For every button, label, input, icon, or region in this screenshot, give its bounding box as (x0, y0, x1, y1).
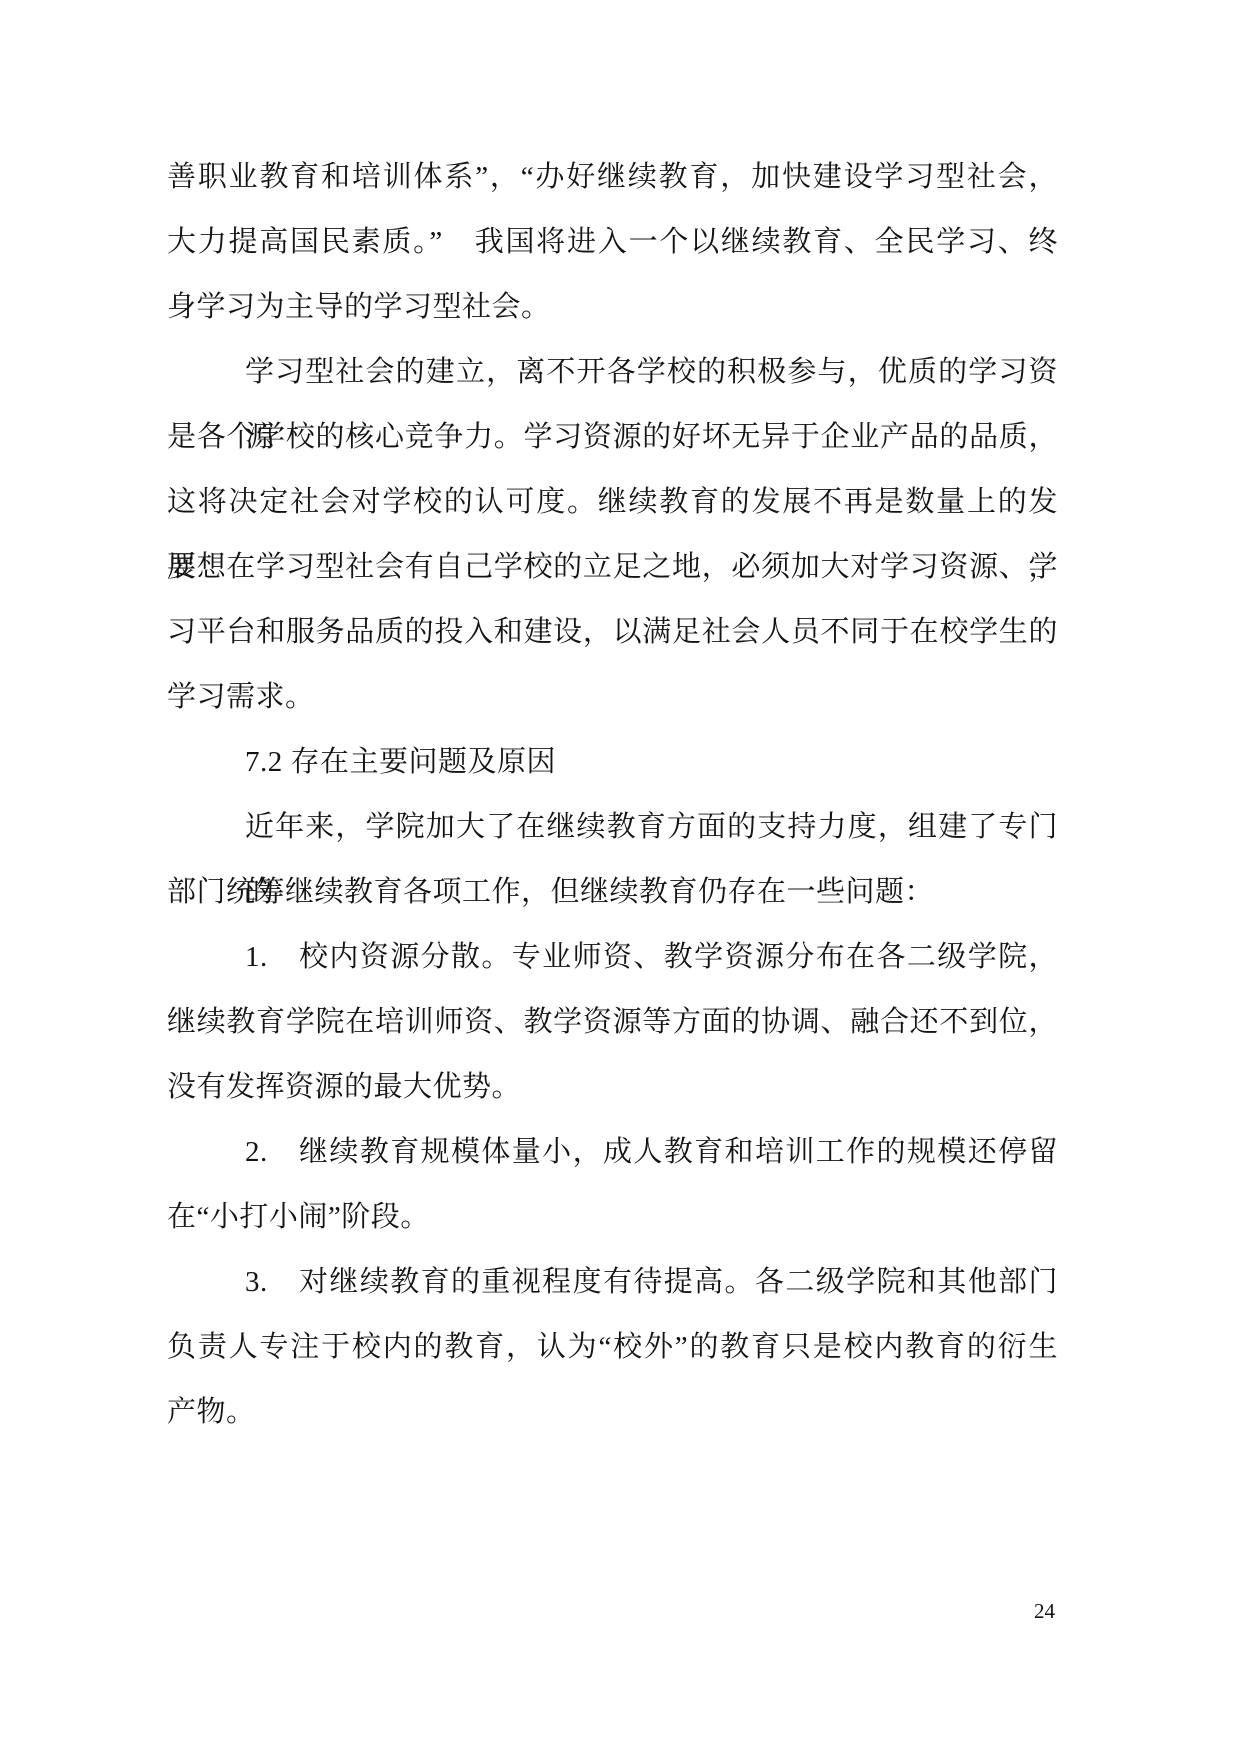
text-line: 学习需求。 (167, 665, 1058, 730)
section-heading: 7.2 存在主要问题及原因 (167, 730, 1058, 795)
text-line: 近年来，学院加大了在继续教育方面的支持力度，组建了专门的 (167, 795, 1058, 860)
text-line: 善职业教育和培训体系”，“办好继续教育，加快建设学习型社会， (167, 145, 1058, 210)
text-line: 没有发挥资源的最大优势。 (167, 1055, 1058, 1120)
document-page: 善职业教育和培训体系”，“办好继续教育，加快建设学习型社会，大力提高国民素质。”… (0, 0, 1240, 1754)
text-line: 产物。 (167, 1380, 1058, 1445)
text-line: 要想在学习型社会有自己学校的立足之地，必须加大对学习资源、学 (167, 535, 1058, 600)
text-line: 习平台和服务品质的投入和建设，以满足社会人员不同于在校学生的 (167, 600, 1058, 665)
text-line: 3. 对继续教育的重视程度有待提高。各二级学院和其他部门 (167, 1250, 1058, 1315)
text-line: 这将决定社会对学校的认可度。继续教育的发展不再是数量上的发展， (167, 470, 1058, 535)
text-line: 大力提高国民素质。” 我国将进入一个以继续教育、全民学习、终 (167, 210, 1058, 275)
page-footer: 24 (167, 1596, 1055, 1626)
text-line: 是各个学校的核心竞争力。学习资源的好坏无异于企业产品的品质， (167, 405, 1058, 470)
text-line: 继续教育学院在培训师资、教学资源等方面的协调、融合还不到位， (167, 990, 1058, 1055)
text-line: 负责人专注于校内的教育，认为“校外”的教育只是校内教育的衍生 (167, 1315, 1058, 1380)
text-line: 2. 继续教育规模体量小，成人教育和培训工作的规模还停留 (167, 1120, 1058, 1185)
text-line: 身学习为主导的学习型社会。 (167, 275, 1058, 340)
text-line: 1. 校内资源分散。专业师资、教学资源分布在各二级学院， (167, 925, 1058, 990)
page-body-text: 善职业教育和培训体系”，“办好继续教育，加快建设学习型社会，大力提高国民素质。”… (167, 145, 1058, 1445)
text-line: 在“小打小闹”阶段。 (167, 1185, 1058, 1250)
text-line: 部门统筹继续教育各项工作，但继续教育仍存在一些问题： (167, 860, 1058, 925)
page-number: 24 (1034, 1599, 1055, 1623)
text-line: 学习型社会的建立，离不开各学校的积极参与，优质的学习资源 (167, 340, 1058, 405)
